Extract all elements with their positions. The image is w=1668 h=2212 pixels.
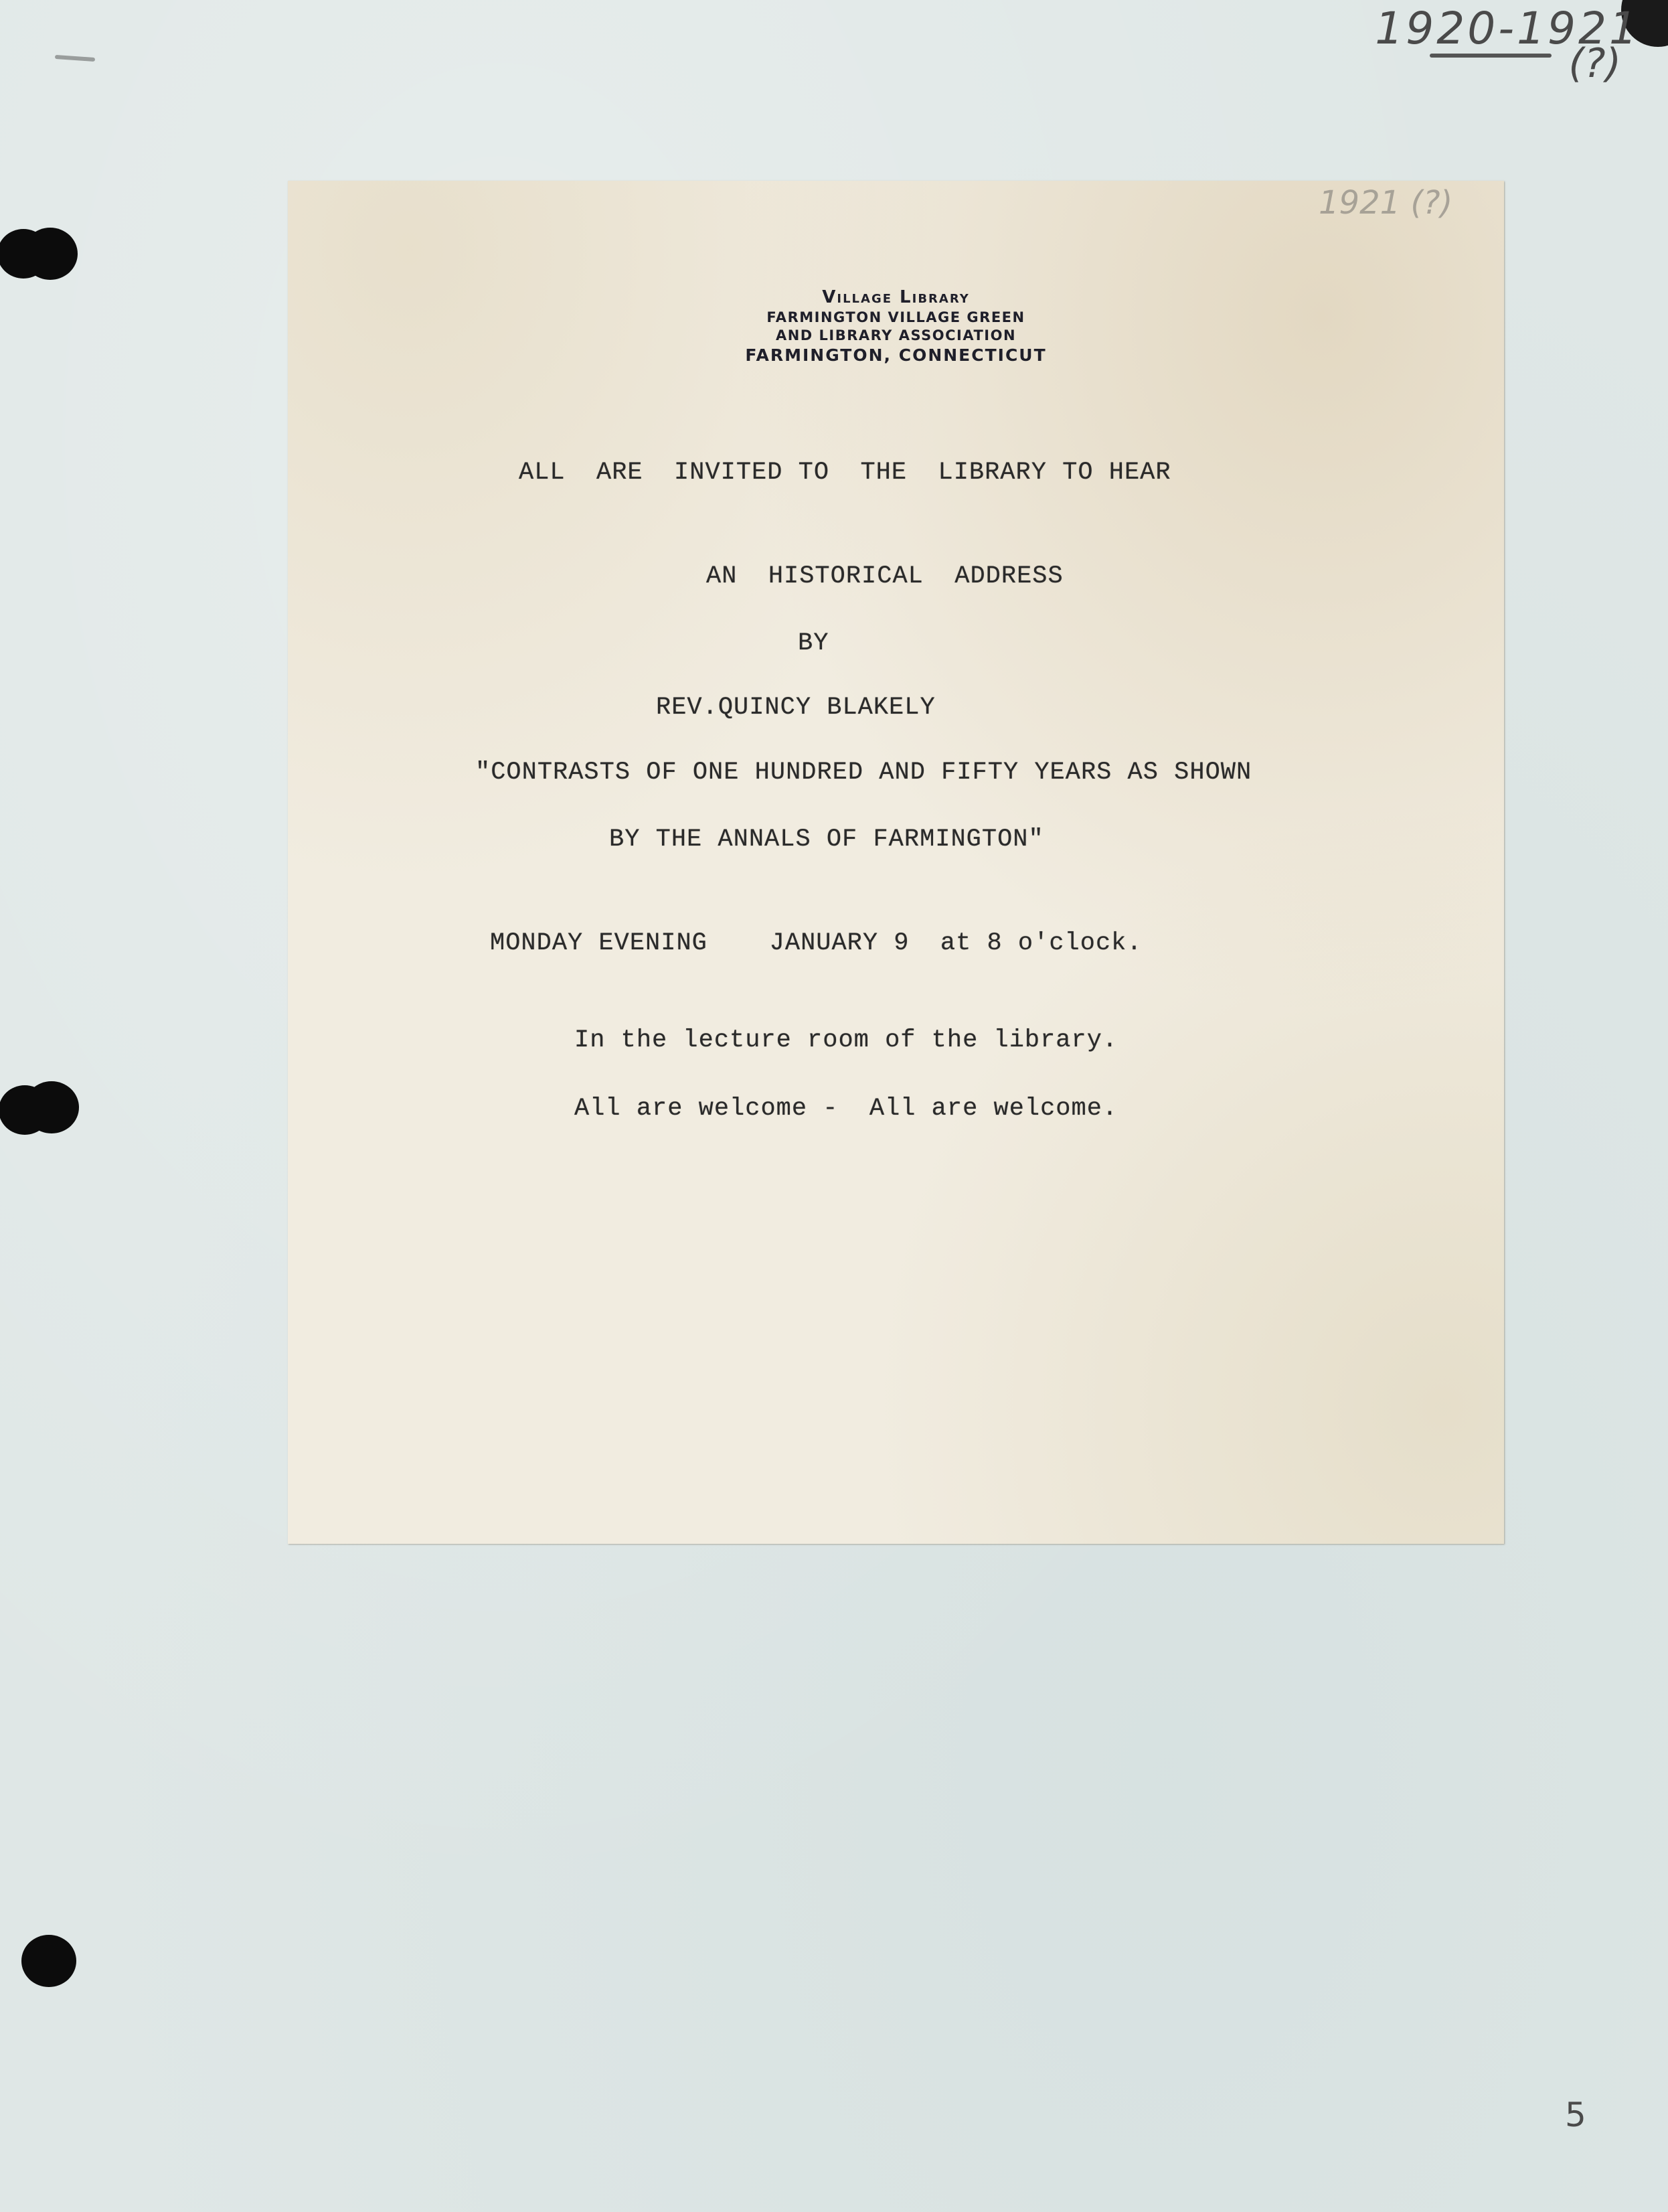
speaker-name: REV.QUINCY BLAKELY bbox=[656, 694, 936, 722]
address-title-line2: BY THE ANNALS OF FARMINGTON" bbox=[609, 825, 1044, 854]
letterhead-line2: FARMINGTON VILLAGE GREEN bbox=[288, 309, 1504, 327]
invitation-line: ALL ARE INVITED TO THE LIBRARY TO HEAR bbox=[519, 459, 1171, 487]
binder-hole-bottom bbox=[21, 1935, 76, 1987]
address-title-line1: "CONTRASTS OF ONE HUNDRED AND FIFTY YEAR… bbox=[475, 759, 1252, 787]
archive-date-underline bbox=[1430, 54, 1552, 58]
letterhead-city: FARMINGTON, CONNECTICUT bbox=[288, 345, 1504, 366]
event-location: In the lecture room of the library. bbox=[574, 1026, 1118, 1054]
letterhead-line3: AND LIBRARY ASSOCIATION bbox=[288, 327, 1504, 345]
binder-hole-middle bbox=[24, 1081, 79, 1133]
welcome-line: All are welcome - All are welcome. bbox=[574, 1095, 1118, 1123]
by-line: BY bbox=[798, 629, 829, 657]
pencil-mark bbox=[55, 55, 95, 62]
page-number: 5 bbox=[1565, 2096, 1586, 2134]
letterhead: Village Library FARMINGTON VILLAGE GREEN… bbox=[288, 287, 1504, 366]
binder-hole-top bbox=[23, 228, 78, 280]
event-datetime: MONDAY EVENING JANUARY 9 at 8 o'clock. bbox=[490, 929, 1143, 957]
sheet-pencil-date: 1921 (?) bbox=[1319, 184, 1452, 222]
letterhead-title: Village Library bbox=[288, 287, 1504, 309]
pasted-notice-sheet: 1921 (?) Village Library FARMINGTON VILL… bbox=[288, 181, 1504, 1544]
event-type: AN HISTORICAL ADDRESS bbox=[706, 562, 1064, 590]
archive-date-query: (?) bbox=[1568, 40, 1621, 87]
